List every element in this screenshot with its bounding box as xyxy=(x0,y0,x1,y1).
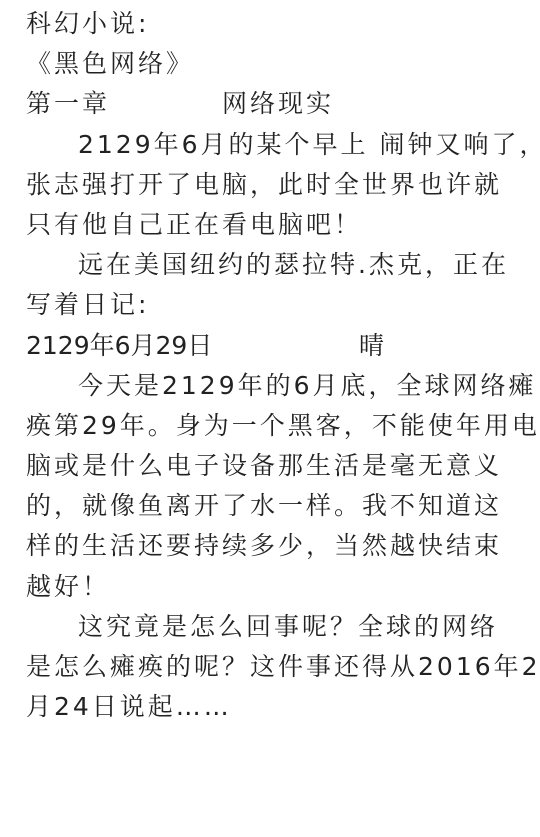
genre-label: 科幻小说: xyxy=(26,4,526,44)
chapter-heading: 第一章网络现实 xyxy=(26,84,526,124)
diary-paragraph-1-line-2: 痪第29年。身为一个黑客，不能使年用电 xyxy=(26,406,526,446)
diary-paragraph-2-line-2: 是怎么瘫痪的呢？这件事还得从2016年2 xyxy=(26,647,526,687)
diary-paragraph-1-line-6: 越好！ xyxy=(26,567,526,607)
diary-paragraph-1-line-5: 样的生活还要持续多少，当然越快结束 xyxy=(26,526,526,566)
paragraph-1-line-2: 张志强打开了电脑，此时全世界也许就 xyxy=(26,165,526,205)
novel-title: 《黑色网络》 xyxy=(26,44,526,84)
paragraph-2-line-1: 远在美国纽约的瑟拉特.杰克，正在 xyxy=(26,245,526,285)
diary-paragraph-2-line-3: 月24日说起…… xyxy=(26,687,526,727)
diary-paragraph-1-line-4: 的，就像鱼离开了水一样。我不知道这 xyxy=(26,486,526,526)
diary-weather: 晴 xyxy=(359,331,387,360)
paragraph-1-line-1: 2129年6月的某个早上 闹钟又响了， xyxy=(26,125,526,165)
chapter-name: 网络现实 xyxy=(222,89,334,118)
novel-page: 科幻小说: 《黑色网络》 第一章网络现实 2129年6月的某个早上 闹钟又响了，… xyxy=(26,4,526,727)
diary-date: 2129年6月29日 xyxy=(26,326,359,366)
chapter-number: 第一章 xyxy=(26,84,222,124)
paragraph-2-line-2: 写着日记: xyxy=(26,285,526,325)
paragraph-1-line-3: 只有他自己正在看电脑吧！ xyxy=(26,205,526,245)
diary-header: 2129年6月29日晴 xyxy=(26,326,526,366)
diary-paragraph-1-line-1: 今天是2129年的6月底，全球网络瘫 xyxy=(26,366,526,406)
diary-paragraph-2-line-1: 这究竟是怎么回事呢？全球的网络 xyxy=(26,607,526,647)
diary-paragraph-1-line-3: 脑或是什么电子设备那生活是毫无意义 xyxy=(26,446,526,486)
